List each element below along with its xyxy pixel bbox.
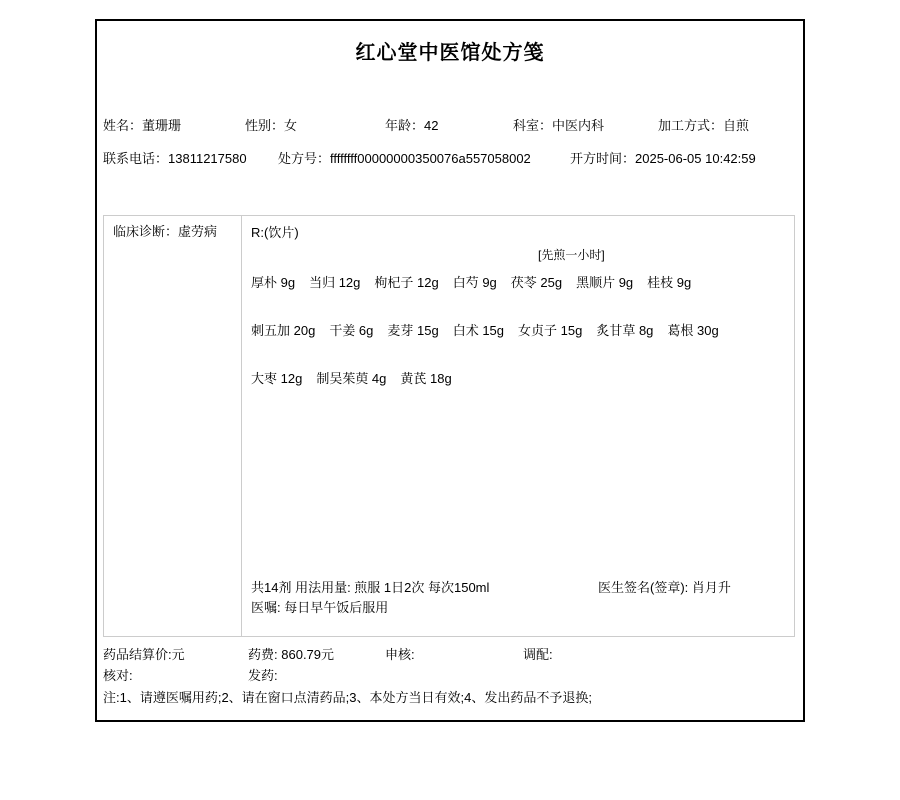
patient-name-value: 董珊珊 — [142, 118, 181, 133]
patient-gender-value: 女 — [284, 118, 297, 133]
check-field: 核对: — [103, 667, 133, 684]
settle-price-value: 元 — [172, 647, 185, 662]
settle-price: 药品结算价:元 — [103, 646, 185, 663]
medicine-fee-label: 药费: — [248, 647, 278, 662]
prescription-time-value: 2025-06-05 10:42:59 — [635, 151, 756, 166]
herb-item: 白术 15g — [453, 323, 504, 338]
instruction-label: 医嘱: — [251, 600, 281, 615]
patient-gender-label: 性别： — [245, 118, 284, 133]
prescription-document: { "title": "红心堂中医馆处方笺", "patient": { "ro… — [0, 0, 900, 800]
herb-item: 干姜 6g — [329, 323, 373, 338]
doctor-signature: 医生签名(签章): 肖月升 — [598, 578, 731, 598]
herb-item: 黑顺片 9g — [576, 275, 633, 290]
herb-item: 炙甘草 8g — [596, 323, 653, 338]
diagnosis-value: 虚劳病 — [178, 224, 217, 239]
page-title: 红心堂中医馆处方笺 — [97, 36, 803, 65]
herb-item: 葛根 30g — [667, 323, 718, 338]
patient-department: 科室：中医内科 — [513, 117, 604, 134]
processing-method-value: 自煎 — [723, 118, 749, 133]
herb-item: 茯苓 25g — [511, 275, 562, 290]
patient-age-label: 年龄： — [385, 118, 424, 133]
prescription-time-label: 开方时间： — [570, 151, 635, 166]
patient-age: 年龄：42 — [385, 117, 438, 134]
footer-note: 注:1、请遵医嘱用药;2、请在窗口点清药品;3、本处方当日有效;4、发出药品不予… — [103, 689, 592, 706]
prescription-number: 处方号：ffffffff00000000350076a557058002 — [278, 150, 531, 167]
prescription-number-label: 处方号： — [278, 151, 330, 166]
herb-item: 当归 12g — [309, 275, 360, 290]
prescription-box: 临床诊断：虚劳病 R:(饮片) [先煎一小时] 厚朴 9g当归 12g枸杞子 1… — [103, 215, 795, 637]
usage-line: 共14剂 用法用量: 煎服 1日2次 每次150ml — [251, 578, 489, 598]
rx-header: R:(饮片) — [251, 224, 794, 241]
patient-phone-label: 联系电话： — [103, 151, 168, 166]
instruction-value: 每日早午饭后服用 — [284, 600, 388, 615]
herb-line: 厚朴 9g当归 12g枸杞子 12g白芍 9g茯苓 25g黑顺片 9g桂枝 9g — [251, 274, 794, 291]
processing-method-label: 加工方式： — [658, 118, 723, 133]
herb-item: 枸杞子 12g — [374, 275, 438, 290]
doctor-signature-name: 肖月升 — [692, 580, 731, 595]
herb-line: 刺五加 20g干姜 6g麦芽 15g白术 15g女贞子 15g炙甘草 8g葛根 … — [251, 322, 794, 339]
processing-method: 加工方式：自煎 — [658, 117, 749, 134]
patient-phone-value: 13811217580 — [168, 151, 247, 166]
herb-item: 大枣 12g — [251, 371, 302, 386]
prescription-page: 红心堂中医馆处方笺 姓名：董珊珊 性别：女 年龄：42 科室：中医内科 加工方式… — [95, 19, 805, 722]
herb-item: 桂枝 9g — [647, 275, 691, 290]
decoct-annotation: [先煎一小时] — [538, 248, 794, 262]
doctor-signature-label: 医生签名(签章): — [598, 580, 688, 595]
instruction-line: 医嘱: 每日早午饭后服用 — [251, 598, 489, 618]
patient-name-label: 姓名： — [103, 118, 142, 133]
patient-name: 姓名：董珊珊 — [103, 117, 181, 134]
patient-gender: 性别：女 — [245, 117, 297, 134]
herb-item: 厚朴 9g — [251, 275, 295, 290]
herb-item: 白芍 9g — [453, 275, 497, 290]
prescription-time: 开方时间：2025-06-05 10:42:59 — [570, 150, 756, 167]
herb-item: 黄芪 18g — [400, 371, 451, 386]
medicine-fee: 药费: 860.79元 — [248, 646, 334, 663]
herb-item: 刺五加 20g — [251, 323, 315, 338]
usage-block: 共14剂 用法用量: 煎服 1日2次 每次150ml 医嘱: 每日早午饭后服用 — [251, 578, 489, 618]
diagnosis-cell: 临床诊断：虚劳病 — [104, 216, 242, 636]
herb-lines: 厚朴 9g当归 12g枸杞子 12g白芍 9g茯苓 25g黑顺片 9g桂枝 9g… — [251, 274, 794, 387]
herb-item: 女贞子 15g — [518, 323, 582, 338]
patient-department-value: 中医内科 — [552, 118, 604, 133]
settle-price-label: 药品结算价: — [103, 647, 172, 662]
herb-item: 麦芽 15g — [387, 323, 438, 338]
medicine-fee-value: 860.79元 — [281, 647, 334, 662]
herb-item: 制吴茱萸 4g — [316, 371, 386, 386]
herb-line: 大枣 12g制吴茱萸 4g黄芪 18g — [251, 370, 794, 387]
review-field: 申核: — [385, 646, 415, 663]
issue-field: 发药: — [248, 667, 278, 684]
patient-department-label: 科室： — [513, 118, 552, 133]
prescription-number-value: ffffffff00000000350076a557058002 — [330, 151, 531, 166]
dispense-field: 调配: — [523, 646, 553, 663]
diagnosis-label: 临床诊断： — [113, 224, 178, 239]
patient-age-value: 42 — [424, 118, 438, 133]
patient-phone: 联系电话：13811217580 — [103, 150, 247, 167]
rx-cell: R:(饮片) [先煎一小时] 厚朴 9g当归 12g枸杞子 12g白芍 9g茯苓… — [243, 216, 794, 636]
